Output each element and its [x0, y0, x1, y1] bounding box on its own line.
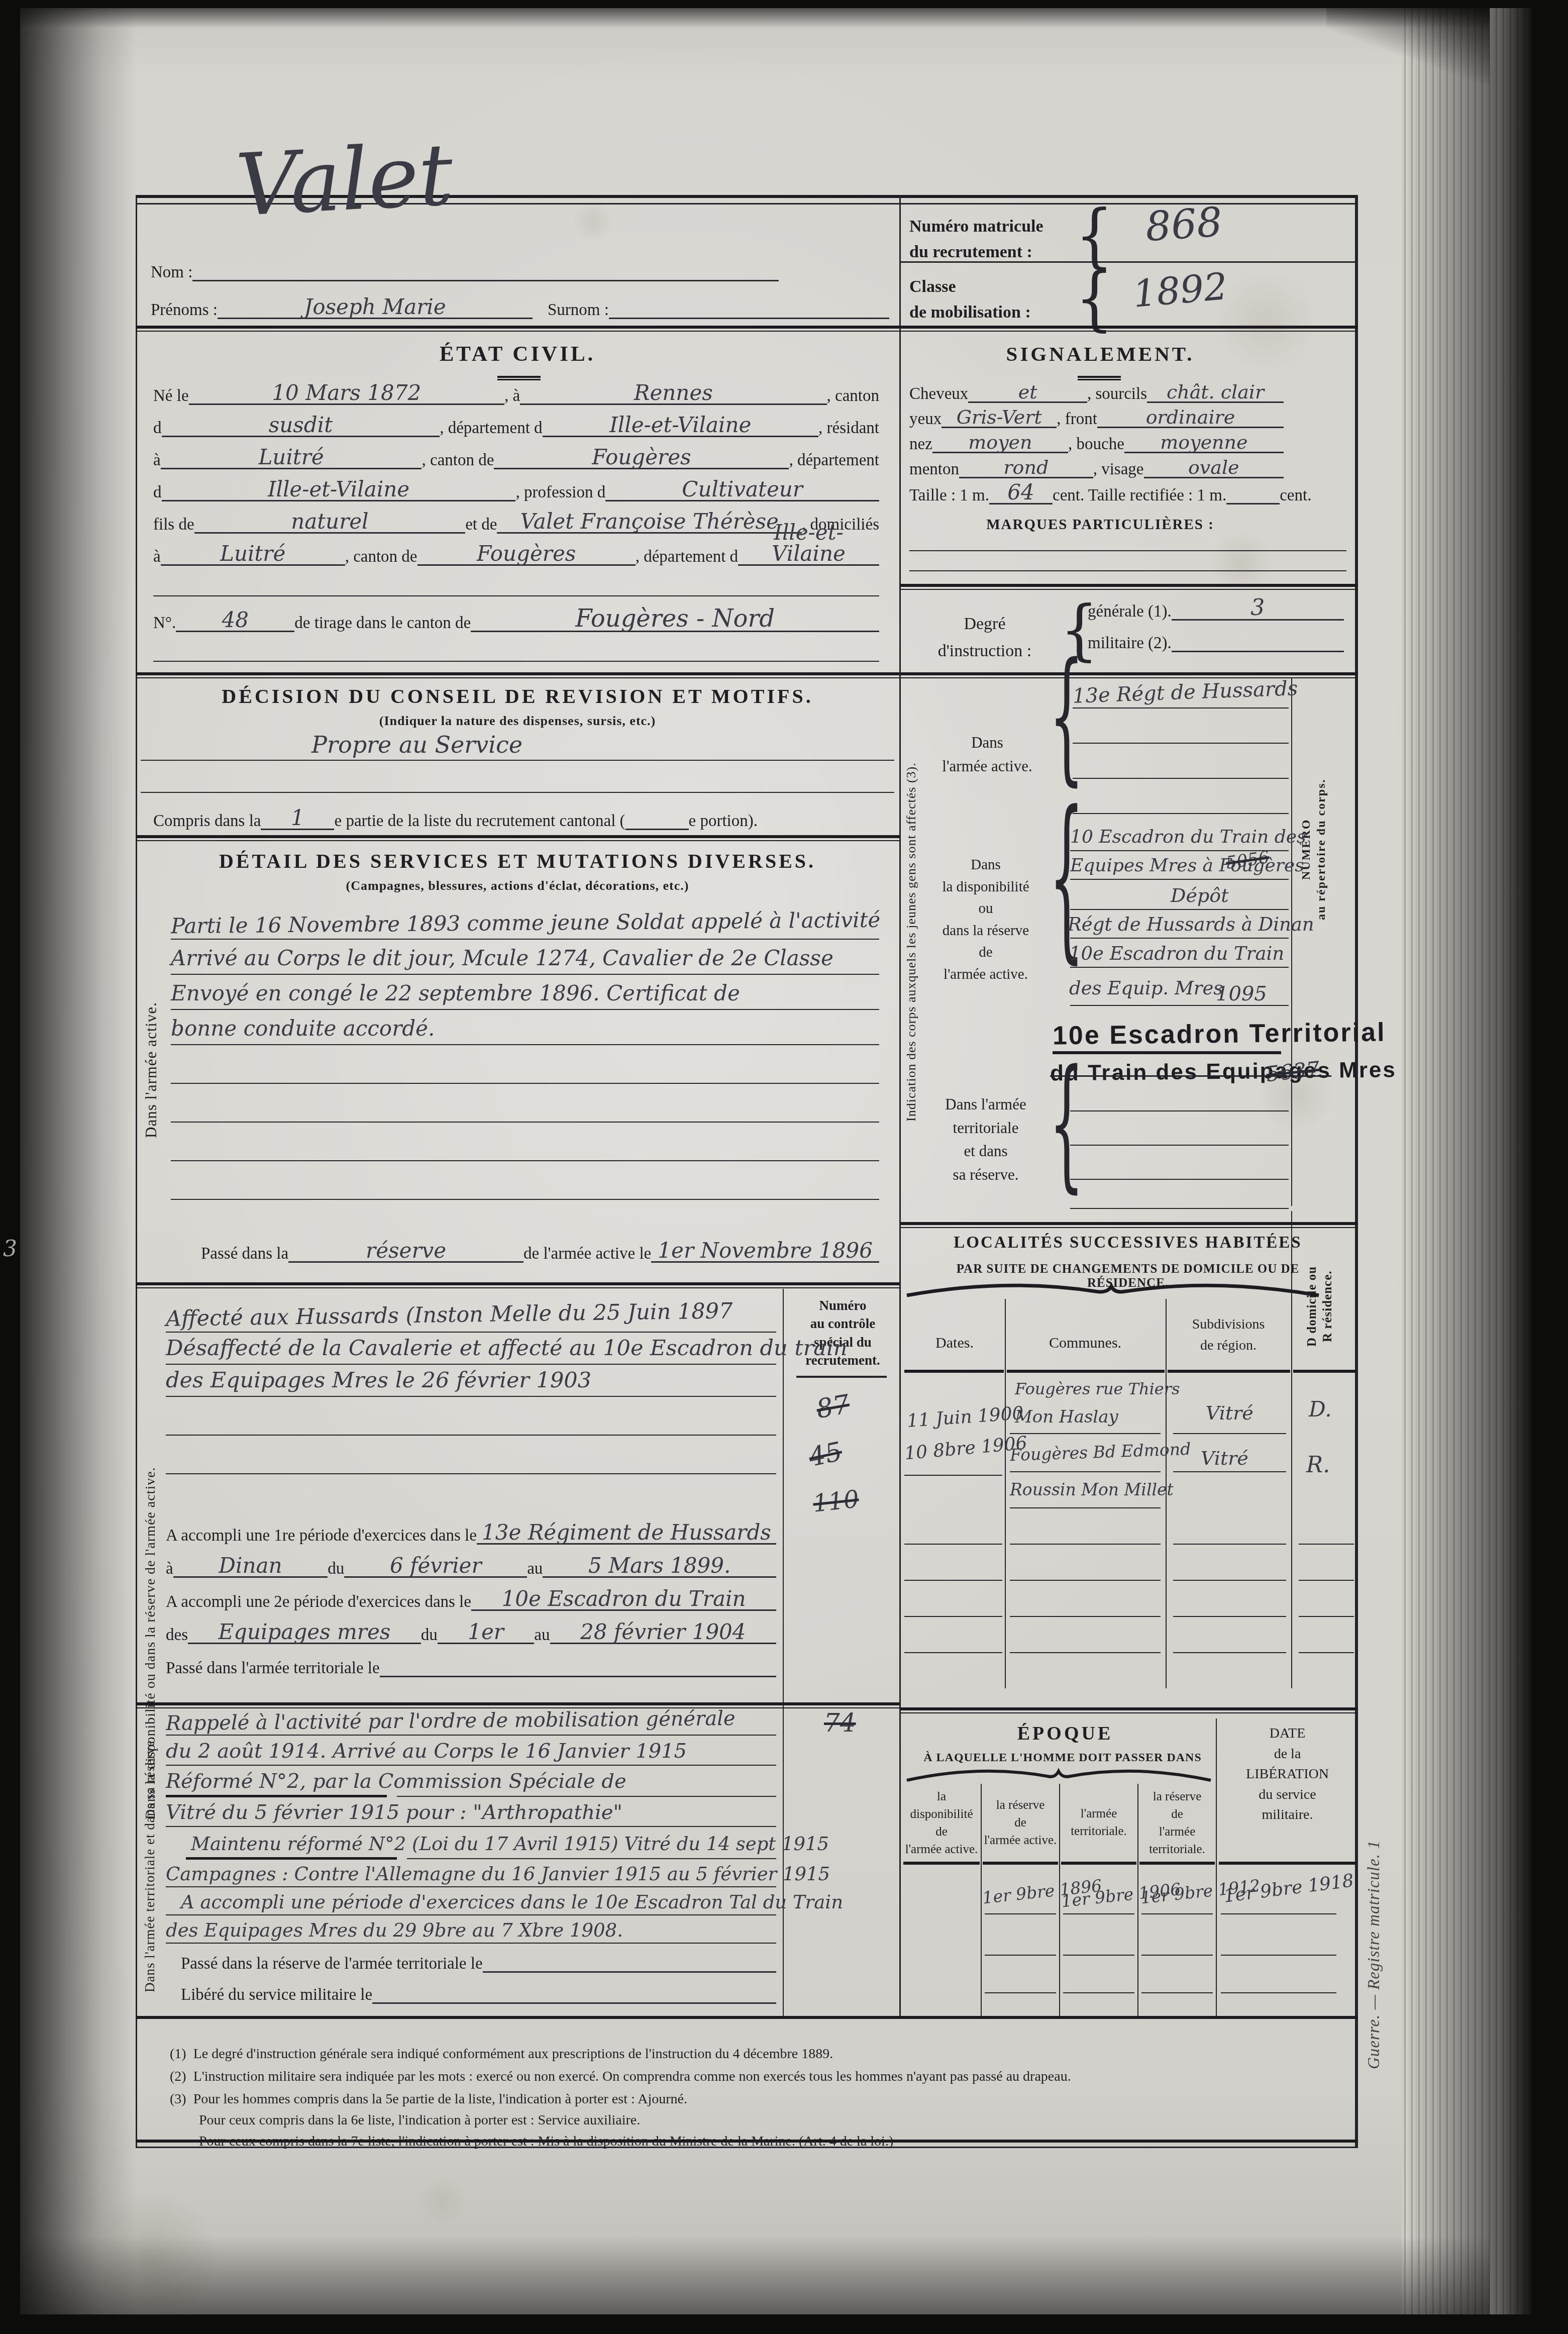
corps-dispo-e6-num: 1095 — [1216, 982, 1267, 1005]
canton-label: , canton — [827, 387, 879, 405]
yeux-value: Gris-Vert — [942, 408, 1057, 428]
periode1-label: A accompli une 1re période d'exercices d… — [166, 1527, 477, 1545]
epoque-e1-2 — [985, 1955, 1056, 1956]
corps-vertical-caption: Indication des corps auxquels les jeunes… — [903, 703, 920, 1181]
yeux-label: yeux — [909, 411, 942, 428]
localites-col1-border — [1005, 1299, 1006, 1688]
epoque-vline-3 — [1063, 1913, 1134, 1914]
taille-rect-label: cent. Taille rectifiée : 1 m. — [1053, 487, 1226, 504]
corps-dline-6 — [1070, 1005, 1289, 1006]
canton-de-label: , canton de — [422, 452, 494, 469]
section-label-armee-active: Dans l'armée active. — [142, 930, 161, 1211]
periode1-a-label: à — [166, 1560, 173, 1578]
blank-line-1 — [153, 595, 879, 596]
form-border-right — [1355, 195, 1358, 2147]
localites-r2-commune2: Roussin Mon Millet — [1010, 1480, 1174, 1499]
sourcils-value: chât. clair — [1147, 382, 1284, 403]
corner-fold — [1326, 8, 1490, 83]
tirage-canton-value: Fougères - Nord — [471, 606, 879, 632]
terr-line-7 — [166, 1914, 776, 1915]
localites-head-rule-1 — [904, 1370, 1004, 1373]
sourcils-label: , sourcils — [1087, 385, 1147, 403]
nez-label: nez — [909, 436, 932, 453]
tirage-number-value: 48 — [176, 610, 294, 632]
corps-tline-4 — [1070, 1208, 1289, 1209]
visage-value: ovale — [1144, 458, 1284, 478]
liste-partie-value: 1 — [261, 807, 334, 830]
parents-departement-value: Ille-et-Vilaine — [738, 522, 879, 566]
services-line-8 — [171, 1199, 879, 1200]
corps-dispo-e4: Régt de Hussards à Dinan — [1068, 914, 1314, 935]
corps-dispo-e5: 10e Escadron du Train — [1069, 943, 1284, 964]
epoque-e2-2 — [985, 1992, 1056, 1993]
passe-reserve-terr-line — [483, 1971, 776, 1973]
corps-line-1 — [1073, 707, 1289, 708]
services-line-1 — [171, 939, 879, 940]
controle-num-3: 110 — [811, 1485, 860, 1517]
terr-entry-4: Vitré du 5 février 1915 pour : "Arthropa… — [166, 1801, 622, 1824]
classe-value: 1892 — [1131, 265, 1229, 316]
spine-page-number: 3 — [3, 1236, 17, 1262]
corps-tline-3 — [1070, 1179, 1289, 1180]
degre-label: Degré d'instruction : — [909, 611, 1060, 665]
terr-line-2 — [166, 1765, 776, 1766]
corps-line-3 — [1073, 778, 1289, 779]
corps-terr-label: Dans l'armée territoriale et dans sa rés… — [920, 1093, 1051, 1186]
periode1-au-label: au — [527, 1560, 543, 1578]
decision-title: DÉCISION DU CONSEIL DE REVISION ET MOTIF… — [191, 684, 844, 708]
localites-col3-border — [1291, 1211, 1292, 1688]
controle-num-1: 87 — [814, 1389, 852, 1425]
terr-underline-reforme — [166, 1795, 387, 1797]
epoque-e1-3 — [1063, 1955, 1134, 1956]
canton-de2-label: , canton de — [345, 548, 417, 566]
dispo-line-3 — [166, 1396, 776, 1397]
nom-label: Nom : — [151, 264, 192, 281]
corps-line-2 — [1073, 743, 1289, 744]
passe-territoriale-label: Passé dans l'armée territoriale le — [166, 1660, 380, 1677]
corps-dline-5 — [1070, 967, 1289, 968]
dispo-line-1 — [166, 1332, 776, 1333]
d2-label: d — [153, 484, 162, 501]
terr-entry-5: Maintenu réformé N°2 (Loi du 17 Avril 19… — [191, 1833, 829, 1855]
menton-value: rond — [959, 458, 1093, 478]
epoque-head-rule-1 — [903, 1862, 980, 1865]
controle-header-rule — [796, 1376, 887, 1378]
periode1-fin: 5 Mars 1899. — [543, 1555, 776, 1578]
canton-value: susdit — [162, 415, 440, 437]
militaire-label: militaire (2). — [1088, 635, 1172, 652]
birth-place-value: Rennes — [520, 382, 826, 405]
corps-tline-2 — [1070, 1145, 1289, 1146]
passe-reserve-label: Passé dans la — [201, 1245, 288, 1263]
epoque-e2-5 — [1221, 1992, 1336, 1993]
localites-r2-dr: R. — [1306, 1452, 1330, 1478]
top-shadow — [20, 8, 1490, 28]
matricule-label: Numéro matricule du recrutement : — [909, 214, 1075, 265]
localites-r2-line-a — [1010, 1471, 1161, 1472]
classe-label: Classe de mobilisation : — [909, 274, 1075, 325]
stamp-underline — [1053, 1051, 1281, 1054]
epoque-date-col-border — [1216, 1718, 1217, 2016]
marques-line-1 — [909, 550, 1346, 551]
epoque-col1-border — [981, 1784, 982, 2016]
stamp-escadron-territorial-1: 10e Escadron Territorial — [1053, 1018, 1386, 1051]
corps-dispo-label: Dans la disponibilité ou dans la réserve… — [920, 854, 1051, 985]
residence-canton-value: Fougères — [494, 447, 789, 469]
localites-head-rule-3 — [1168, 1370, 1290, 1373]
corps-dline-4 — [1070, 938, 1289, 939]
a3-label: à — [153, 548, 161, 566]
localites-r2-line-b — [1173, 1471, 1286, 1472]
services-entry-3: Envoyé en congé le 22 septembre 1896. Ce… — [171, 981, 740, 1005]
localites-empty-4a — [904, 1652, 1002, 1653]
services-entry-4: bonne conduite accordé. — [171, 1016, 435, 1041]
stamp-strike-line — [1050, 1075, 1331, 1077]
periode1-du-label: du — [328, 1560, 344, 1578]
epoque-head-rule-5 — [1219, 1862, 1356, 1865]
terr-entry-6: Campagnes : Contre l'Allemagne du 16 Jan… — [166, 1863, 830, 1885]
residence-departement-value: Ille-et-Vilaine — [162, 479, 516, 501]
terr-line-5 — [407, 1858, 776, 1859]
nom-signature: Valet — [234, 125, 456, 236]
decision-line-2 — [141, 792, 894, 793]
front-label: , front — [1057, 411, 1097, 428]
footnote-5: Pour ceux compris dans la 7e liste, l'in… — [185, 2117, 893, 2166]
residant-label: , résidant — [818, 420, 879, 437]
localites-title: LOCALITÉS SUCCESSIVES HABITÉES — [919, 1234, 1336, 1252]
footnote-separator — [136, 2016, 1358, 2019]
epoque-subtitle: À LAQUELLE L'HOMME DOIT PASSER DANS — [909, 1751, 1216, 1765]
matricule-value: 868 — [1144, 198, 1224, 250]
decision-line-1 — [141, 760, 894, 761]
localites-empty-1c — [1173, 1544, 1286, 1545]
periode2-label: A accompli une 2e période d'exercices da… — [166, 1593, 471, 1611]
localites-col-dates: Dates. — [904, 1332, 1005, 1354]
dispo-line-2 — [166, 1364, 776, 1365]
corps-tline-1 — [1070, 1110, 1289, 1111]
corps-dline-3 — [1070, 909, 1289, 910]
d-label: d — [153, 420, 162, 437]
column-divider — [899, 195, 901, 2019]
terr-underline-maintenu — [186, 1857, 397, 1860]
localites-r1-line-b — [1173, 1433, 1286, 1434]
localites-brace-squiggle — [904, 1280, 1321, 1300]
localites-col-communes: Communes. — [1007, 1332, 1163, 1354]
visage-label: , visage — [1093, 461, 1144, 478]
signalement-title: SIGNALEMENT. — [924, 342, 1276, 366]
portion-suffix-label: e portion). — [689, 813, 758, 830]
prenoms-value: Joseph Marie — [218, 296, 533, 319]
nez-value: moyen — [932, 433, 1068, 453]
periode2-equipages: Equipages mres — [188, 1621, 421, 1644]
localites-col-subdiv: Subdivisions de région. — [1168, 1314, 1289, 1356]
corps-dispo-e1: 10 Escadron du Train des — [1070, 827, 1306, 847]
form-border-left — [136, 195, 137, 2147]
header-bottom-rule — [136, 326, 1358, 332]
corps-dispo-e3: Dépôt — [1171, 884, 1228, 906]
localites-empty-3b — [1010, 1616, 1161, 1617]
services-entry-2: Arrivé au Corps le dit jour, Mcule 1274,… — [171, 946, 833, 970]
periode2-corps: 10e Escadron du Train — [471, 1588, 776, 1611]
terr-entry-7: A accompli une période d'exercices dans … — [181, 1891, 843, 1913]
portion-value — [625, 829, 689, 830]
epoque-col3-header: l'armée territoriale. — [1061, 1805, 1136, 1840]
tirage-label: de tirage dans le canton de — [294, 615, 471, 632]
epoque-col2-header: la réserve de l'armée active. — [983, 1796, 1058, 1849]
degre-top-rule — [901, 584, 1358, 590]
libere-label: Libéré du service militaire le — [181, 1986, 372, 2004]
cheveux-value: et — [968, 382, 1087, 403]
localites-empty-4b — [1010, 1652, 1161, 1653]
localites-empty-1d — [1299, 1544, 1354, 1545]
epoque-col2-border — [1059, 1784, 1060, 2016]
localites-empty-2c — [1173, 1580, 1286, 1581]
localites-r2-line-0 — [904, 1475, 1002, 1476]
terr-line-6 — [166, 1886, 776, 1887]
terr-entry-8: des Equipages Mres du 29 9bre au 7 Xbre … — [166, 1919, 623, 1941]
dispo-line-4 — [166, 1435, 776, 1436]
generale-value: 3 — [1172, 597, 1344, 621]
epoque-vline-5 — [1221, 1913, 1336, 1914]
epoque-e1-4 — [1141, 1955, 1213, 1956]
epoque-e2-3 — [1063, 1992, 1134, 1993]
a-label: , à — [504, 387, 520, 405]
localites-r1-commune2: Mon Haslay — [1015, 1407, 1118, 1427]
decision-value: Propre au Service — [311, 731, 522, 758]
prenoms-label: Prénoms : — [151, 301, 218, 319]
parents-residence-value: Luitré — [161, 543, 345, 566]
services-title: DÉTAIL DES SERVICES ET MUTATIONS DIVERSE… — [191, 849, 844, 873]
localites-r2-subdiv: Vitré — [1201, 1447, 1248, 1469]
register-page: 3 Valet Nom : Prénoms : Joseph Marie Sur… — [0, 0, 1568, 2334]
taille-rect-value — [1226, 503, 1280, 504]
passe-reserve-value: réserve — [288, 1240, 524, 1263]
periode2-du-label: du — [421, 1627, 438, 1644]
dispo-top-rule — [136, 1282, 899, 1289]
epoque-e2-4 — [1141, 1992, 1213, 1993]
localites-empty-2b — [1010, 1580, 1161, 1581]
corps-line-4 — [1073, 813, 1289, 814]
generale-label: générale (1). — [1088, 603, 1172, 621]
decision-top-rule — [136, 672, 899, 679]
services-subtitle: (Campagnes, blessures, actions d'éclat, … — [191, 878, 844, 893]
localites-top-rule — [901, 1222, 1358, 1229]
passe-territoriale-line — [380, 1676, 776, 1677]
epoque-col1-header: la disponibilité de l'armée active. — [903, 1788, 980, 1858]
marques-line-2 — [909, 570, 1346, 571]
cheveux-label: Cheveux — [909, 385, 968, 403]
services-top-rule — [136, 835, 899, 842]
decision-subtitle: (Indiquer la nature des dispenses, sursi… — [191, 714, 844, 729]
compris-mid-label: e partie de la liste du recrutement cant… — [334, 813, 625, 830]
dispo-line-5 — [166, 1473, 776, 1474]
taille-label: Taille : 1 m. — [909, 487, 989, 504]
stamp-escadron-territorial-2: du Train des Equipages Mres — [1050, 1057, 1397, 1086]
periode1-corps: 13e Régiment de Hussards — [477, 1522, 776, 1545]
profession-label: , profession d — [515, 484, 605, 501]
passe-reserve-date: 1er Novembre 1896 — [651, 1240, 879, 1263]
terr-entry-3: Réformé N°2, par la Commission Spéciale … — [166, 1770, 626, 1793]
taille-value: 64 — [989, 482, 1053, 504]
ne-le-label: Né le — [153, 387, 189, 405]
departement-value: Ille-et-Vilaine — [543, 415, 818, 437]
book-page-stack — [1402, 8, 1532, 2314]
terr-entry-2: du 2 août 1914. Arrivé au Corps le 16 Ja… — [166, 1740, 687, 1763]
localites-empty-3a — [904, 1616, 1002, 1617]
epoque-head-rule-3 — [1061, 1862, 1136, 1865]
father-value: naturel — [194, 511, 466, 534]
terr-line-1 — [166, 1735, 776, 1736]
fils-de-label: fils de — [153, 516, 194, 534]
matricule-underline — [899, 261, 1356, 263]
et-de-label: et de — [465, 516, 497, 534]
residence-value: Luitré — [161, 447, 422, 469]
terr-line-4 — [166, 1826, 776, 1827]
localites-empty-4c — [1173, 1652, 1286, 1653]
services-line-4 — [171, 1044, 879, 1045]
services-line-5 — [171, 1083, 879, 1084]
epoque-vline-2 — [985, 1913, 1056, 1914]
periode2-fin: 28 février 1904 — [550, 1621, 777, 1644]
localites-r2-line-c — [1010, 1507, 1161, 1508]
libere-line — [372, 2002, 776, 2004]
localites-r1-line-a — [1010, 1433, 1161, 1434]
book-binding-shadow — [20, 8, 136, 2314]
spine-imprint: Guerre. — Registre matricule. 1 — [1364, 1779, 1385, 2130]
services-line-6 — [171, 1122, 879, 1123]
bottom-shadow — [20, 2236, 1490, 2314]
epoque-brace-squiggle — [904, 1766, 1213, 1784]
localites-head-rule-2 — [1007, 1370, 1165, 1373]
bouche-value: moyenne — [1124, 433, 1284, 453]
services-line-3 — [171, 1009, 879, 1010]
repertoire-header: NUMÉRO au répertoire du corps. — [1299, 693, 1329, 1005]
localites-r1-commune1: Fougères rue Thiers — [1015, 1379, 1180, 1398]
corps-terr-brace: { — [1049, 1039, 1084, 1206]
localites-empty-1b — [1010, 1544, 1161, 1545]
parents-canton-value: Fougères — [417, 543, 636, 566]
corps-dline-2 — [1070, 879, 1289, 880]
terr-line-3 — [397, 1796, 776, 1797]
territoriale-top-rule — [136, 1702, 899, 1709]
compris-label: Compris dans la — [153, 813, 261, 830]
localites-r1-subdiv: Vitré — [1206, 1402, 1253, 1424]
periode2-au-label: au — [534, 1627, 550, 1644]
section-label-territoriale: Dans l'armée territoriale et dans sa rés… — [142, 1723, 159, 2005]
taille-cent-label: cent. — [1280, 487, 1311, 504]
epoque-vline-4 — [1141, 1913, 1213, 1914]
dispo-entry-2: Désaffecté de la Cavalerie et affecté au… — [166, 1336, 847, 1361]
localites-empty-2d — [1299, 1580, 1354, 1581]
localites-empty-3c — [1173, 1616, 1286, 1617]
localites-col-dr: D domicile ou R résidence. — [1304, 1221, 1336, 1392]
front-value: ordinaire — [1097, 408, 1284, 428]
footnote-3-num: (3) — [170, 2091, 186, 2107]
localites-empty-1a — [904, 1544, 1002, 1545]
bouche-label: , bouche — [1068, 436, 1124, 453]
dispo-entry-3: des Equipages Mres le 26 février 1903 — [166, 1368, 591, 1393]
blank-line-2 — [153, 661, 879, 662]
terr-line-8 — [166, 1943, 776, 1944]
surnom-value — [609, 318, 889, 319]
tirage-no-label: N°. — [153, 615, 176, 632]
epoque-title: ÉPOQUE — [955, 1722, 1176, 1745]
repertoire-col-border — [1291, 678, 1292, 1206]
marques-label: MARQUES PARTICULIÈRES : — [934, 517, 1266, 533]
epoque-head-rule-4 — [1139, 1862, 1215, 1865]
corps-dispo-e6: des Equip. Mres — [1069, 977, 1223, 999]
epoque-top-rule — [901, 1707, 1358, 1714]
periode2-debut: 1er — [438, 1621, 535, 1644]
localites-r1-dr: D. — [1309, 1397, 1332, 1422]
a2-label: à — [153, 452, 161, 469]
surnom-label: Surnom : — [548, 301, 609, 319]
departement2-label: , département — [789, 452, 879, 469]
localites-empty-4d — [1299, 1652, 1354, 1653]
epoque-e1-5 — [1221, 1955, 1336, 1956]
armee-active-le-label: de l'armée active le — [524, 1245, 651, 1263]
services-line-7 — [171, 1160, 879, 1161]
epoque-head-rule-2 — [983, 1862, 1058, 1865]
territoriale-margin-num: 74 — [824, 1708, 856, 1738]
etat-civil-title: ÉTAT CIVIL. — [301, 342, 734, 366]
periode1-debut: 6 février — [344, 1555, 527, 1578]
menton-label: menton — [909, 461, 959, 478]
localites-empty-3d — [1299, 1616, 1354, 1617]
birth-date-value: 10 Mars 1872 — [189, 382, 504, 405]
periode2-des-label: des — [166, 1627, 188, 1644]
localites-empty-2a — [904, 1580, 1002, 1581]
epoque-col4-header: la réserve de l'armée territoriale. — [1139, 1788, 1215, 1858]
services-line-2 — [171, 974, 879, 975]
epoque-date-header: DATE de la LIBÉRATION du service militai… — [1221, 1723, 1354, 1825]
footnote-5-text: Pour ceux compris dans la 7e liste, l'in… — [199, 2134, 893, 2149]
departement-label: , département d — [440, 420, 542, 437]
departement-d-label: , département d — [636, 548, 738, 566]
periode1-lieu: Dinan — [173, 1555, 328, 1578]
passe-reserve-terr-label: Passé dans la réserve de l'armée territo… — [181, 1955, 483, 1973]
localites-head-rule-4 — [1293, 1370, 1356, 1373]
corps-active-label: Dans l'armée active. — [924, 731, 1050, 778]
militaire-value — [1172, 651, 1344, 652]
nom-line — [192, 280, 779, 281]
profession-value: Cultivateur — [605, 479, 879, 501]
